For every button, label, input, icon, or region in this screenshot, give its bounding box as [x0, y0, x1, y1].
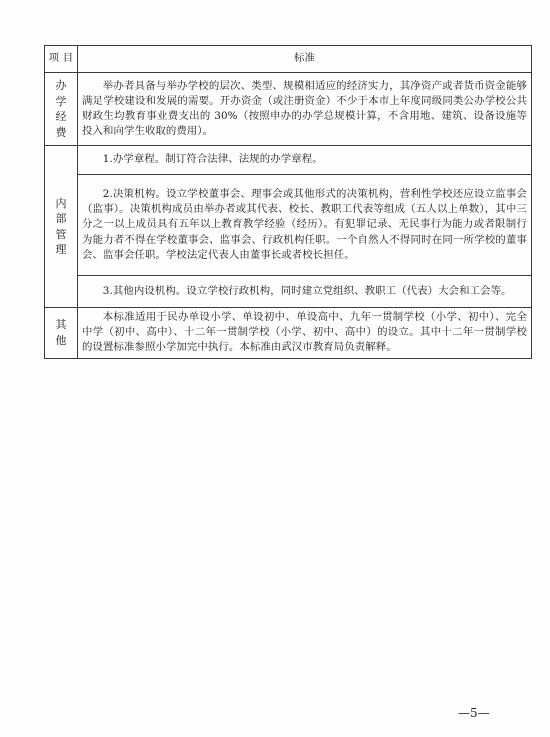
header-item-char: 目 — [63, 52, 74, 64]
category-char: 费 — [45, 125, 77, 141]
standard-cell: 举办者具备与举办学校的层次、类型、规模相适应的经济实力，其净资产或者货币资金能够… — [78, 73, 532, 146]
category-char: 办 — [45, 78, 77, 94]
header-item-char: 项 — [49, 52, 60, 64]
table-row-other: 其 他 本标准适用于民办单设小学、单设初中、单设高中、九年一贯制学校（小学、初中… — [45, 308, 532, 359]
header-item-cell: 项 目 — [45, 46, 78, 73]
category-cell-funding: 办 学 经 费 — [45, 73, 78, 146]
standard-cell: 1.办学章程。制订符合法律、法规的办学章程。 — [78, 146, 532, 175]
document-page: 项 目 标准 办 学 经 费 举办者具备与举办学校的层次、类型、规模相适应的经济… — [0, 0, 550, 737]
table-row-management-decision: 2.决策机构。设立学校董事会、理事会或其他形式的决策机构，营利性学校还应设立监事… — [45, 175, 532, 276]
category-cell-other: 其 他 — [45, 308, 78, 359]
standard-text: 3.其他内设机构。设立学校行政机构，同时建立党组织、教职工（代表）大会和工会等。 — [82, 284, 527, 299]
standard-cell: 本标准适用于民办单设小学、单设初中、单设高中、九年一贯制学校（小学、初中）、完全… — [78, 308, 532, 359]
category-char: 部 — [45, 211, 77, 227]
category-char: 内 — [45, 196, 77, 212]
table-row-management-other: 3.其他内设机构。设立学校行政机构，同时建立党组织、教职工（代表）大会和工会等。 — [45, 276, 532, 308]
category-char: 管 — [45, 227, 77, 243]
table-row-funding: 办 学 经 费 举办者具备与举办学校的层次、类型、规模相适应的经济实力，其净资产… — [45, 73, 532, 146]
category-char: 他 — [45, 333, 77, 349]
header-standard-cell: 标准 — [78, 46, 532, 73]
standard-text: 举办者具备与举办学校的层次、类型、规模相适应的经济实力，其净资产或者货币资金能够… — [82, 79, 527, 140]
category-char: 其 — [45, 317, 77, 333]
page-number: —5— — [458, 706, 490, 720]
standard-cell: 3.其他内设机构。设立学校行政机构，同时建立党组织、教职工（代表）大会和工会等。 — [78, 276, 532, 308]
category-cell-management: 内 部 管 理 — [45, 146, 78, 308]
category-char: 学 — [45, 94, 77, 110]
category-char: 理 — [45, 242, 77, 258]
standard-text: 本标准适用于民办单设小学、单设初中、单设高中、九年一贯制学校（小学、初中）、完全… — [82, 310, 527, 356]
table-row-management-charter: 内 部 管 理 1.办学章程。制订符合法律、法规的办学章程。 — [45, 146, 532, 175]
standards-table: 项 目 标准 办 学 经 费 举办者具备与举办学校的层次、类型、规模相适应的经济… — [44, 45, 532, 359]
standard-text: 2.决策机构。设立学校董事会、理事会或其他形式的决策机构，营利性学校还应设立监事… — [82, 187, 527, 263]
standard-cell: 2.决策机构。设立学校董事会、理事会或其他形式的决策机构，营利性学校还应设立监事… — [78, 175, 532, 276]
table-header-row: 项 目 标准 — [45, 46, 532, 73]
standard-text: 1.办学章程。制订符合法律、法规的办学章程。 — [82, 152, 527, 167]
category-char: 经 — [45, 109, 77, 125]
